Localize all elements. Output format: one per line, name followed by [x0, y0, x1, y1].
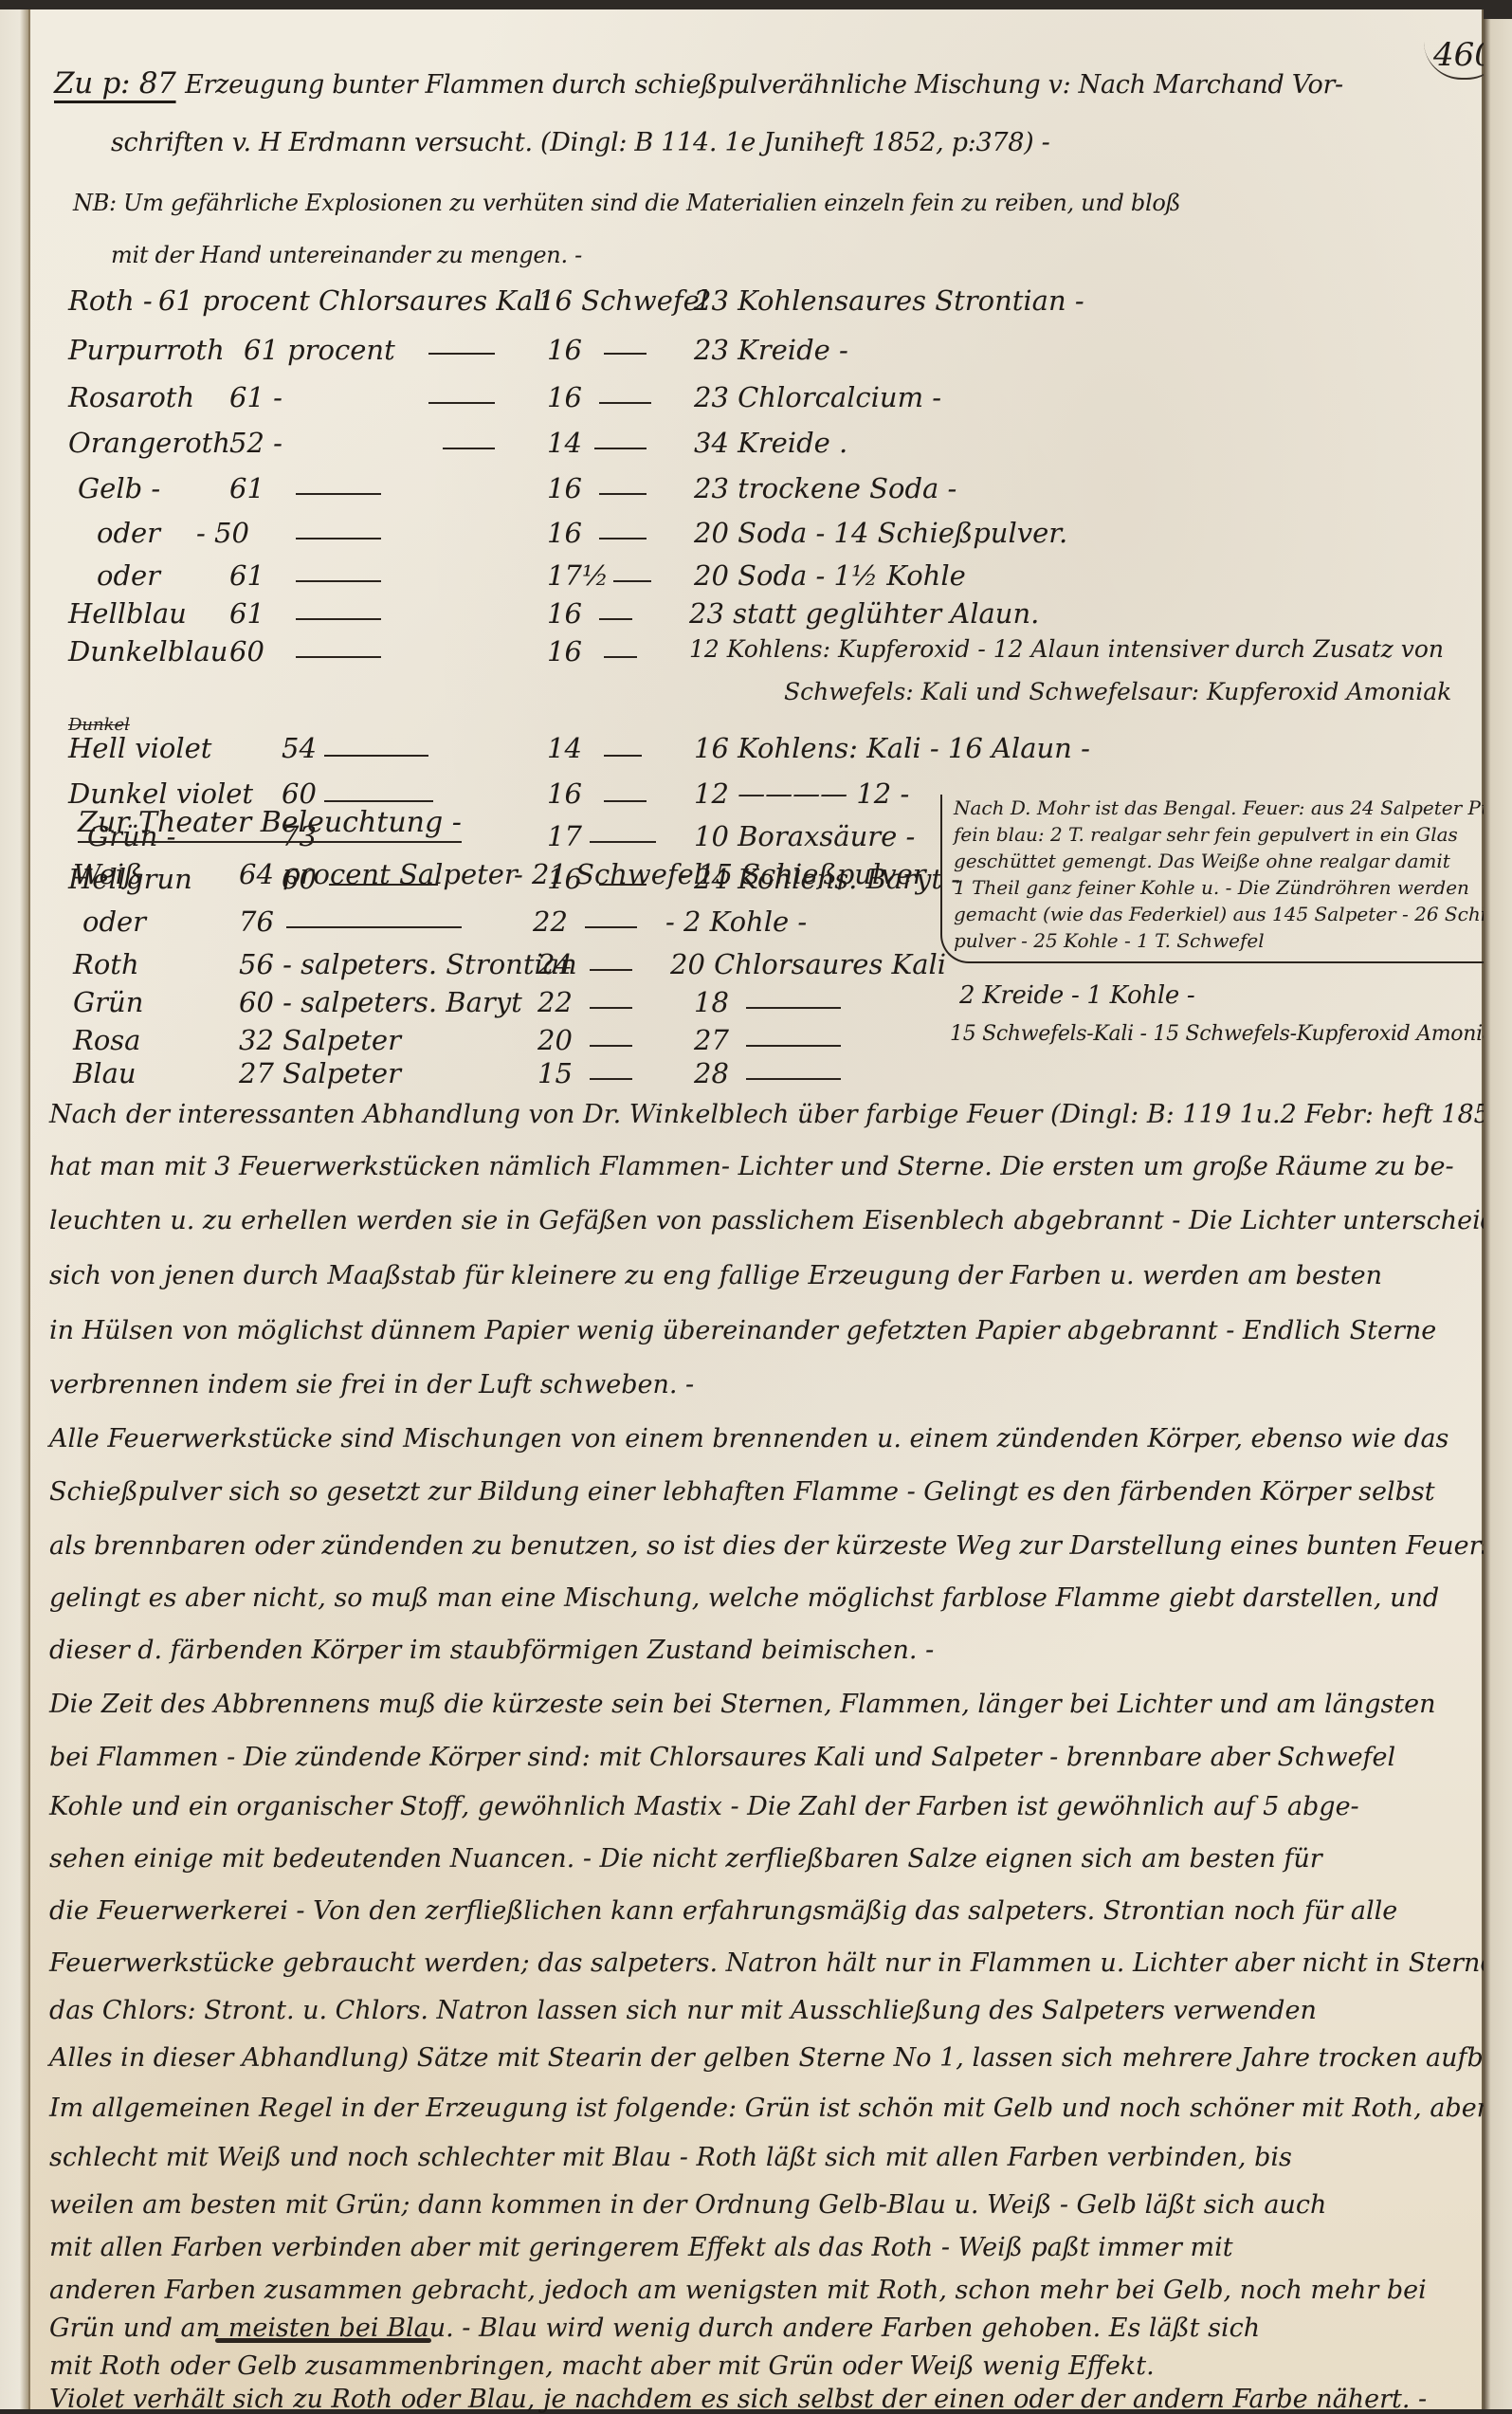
ditto-dash [590, 1045, 632, 1047]
heading-title: Erzeugung bunter Flammen durch schießpul… [185, 70, 1343, 100]
ditto-dash [296, 580, 381, 582]
theater-base: 56 - salpeters. Strontian [239, 948, 577, 980]
ditto-dash [604, 353, 647, 355]
nb-line-1: NB: Um gefährliche Explosionen zu verhüt… [73, 190, 1180, 216]
heading-line-2: schriften v. H Erdmann versucht. (Dingl:… [111, 128, 1049, 157]
recipe-row: Hellblau 61 16 23 statt geglühter Alaun. [68, 597, 1395, 639]
recipe-sulfur: 17½ [547, 559, 609, 592]
body-line: Nach der interessanten Abhandlung von Dr… [49, 1100, 1512, 1129]
closing-rule [215, 2338, 431, 2343]
ditto-dash [286, 926, 462, 928]
body-line: Violet verhält sich zu Roth oder Blau, j… [49, 2385, 1427, 2409]
note-line: 1 Theil ganz feiner Kohle u. - Die Zündr… [954, 874, 1504, 901]
theater-side-addition: 15 Schwefels-Kali - 15 Schwefels-Kupfero… [950, 1022, 1507, 1046]
theater-color: Grün [73, 986, 143, 1018]
theater-row: oder 76 22 - 2 Kohle - [73, 905, 945, 947]
previous-page-edge [0, 9, 28, 2409]
theater-row: Roth 56 - salpeters. Strontian 24 20 Chl… [73, 948, 945, 990]
theater-color: Rosa [73, 1024, 140, 1056]
recipe-additive: 20 Soda - 1½ Kohle [694, 559, 966, 592]
theater-sulfur: 22 [533, 905, 568, 938]
recipe-sulfur: 17 [547, 820, 582, 852]
ditto-dash [443, 448, 495, 449]
note-line: pulver - 25 Kohle - 1 T. Schwefel [954, 927, 1504, 954]
recipe-row: Dunkel Hell violet 54 14 16 Kohlens: Kal… [68, 732, 1395, 774]
theater-base: 64 procent Salpeter [239, 858, 518, 890]
recipe-color: Roth - [68, 284, 153, 317]
recipe-sulfur: 16 [547, 381, 582, 413]
ditto-dash [296, 656, 381, 658]
body-line: verbrennen indem sie frei in der Luft sc… [49, 1370, 694, 1399]
recipe-color: Orangeroth [68, 427, 230, 459]
recipe-base: 61 - [229, 381, 282, 413]
recipe-color: Dunkel violet [68, 777, 253, 810]
body-line: mit allen Farben verbinden aber mit geri… [49, 2233, 1233, 2262]
body-line: leuchten u. zu erhellen werden sie in Ge… [49, 1206, 1512, 1235]
recipe-color: Gelb - [78, 472, 160, 504]
body-line: bei Flammen - Die zündende Körper sind: … [49, 1743, 1395, 1772]
recipe-color: Dunkelblau [68, 635, 228, 668]
ditto-dash [590, 969, 632, 971]
ditto-dash [599, 538, 647, 539]
recipe-additive-continued: Schwefels: Kali und Schwefelsaur: Kupfer… [784, 678, 1451, 705]
recipe-row: Rosaroth 61 - 16 23 Chlorcalcium - [68, 381, 1395, 423]
theater-sulfur: 24 [537, 948, 573, 980]
recipe-additive: 12 Kohlens: Kupferoxid - 12 Alaun intens… [689, 635, 1444, 663]
ditto-dash [746, 1045, 841, 1047]
body-line: die Feuerwerkerei - Von den zerfließlich… [49, 1896, 1397, 1926]
ditto-dash [296, 618, 381, 620]
recipe-additive: 12 ———— 12 - [694, 777, 909, 810]
recipe-additive: 10 Boraxsäure - [694, 820, 915, 852]
margin-note-bengal-fire: Nach D. Mohr ist das Bengal. Feuer: aus … [940, 795, 1504, 963]
recipe-base: 60 [282, 777, 317, 810]
body-line: mit Roth oder Gelb zusammenbringen, mach… [49, 2351, 1155, 2381]
recipe-color: Purpurroth [68, 334, 225, 366]
heading-line-1: Zu p: 87 Erzeugung bunter Flammen durch … [54, 66, 1343, 101]
recipe-color: Rosaroth [68, 381, 194, 413]
body-line: Die Zeit des Abbrennens muß die kürzeste… [49, 1690, 1436, 1719]
body-line: Alle Feuerwerkstücke sind Mischungen von… [49, 1424, 1448, 1454]
body-line: gelingt es aber nicht, so muß man eine M… [49, 1583, 1439, 1613]
ditto-dash [746, 1007, 841, 1009]
body-line: schlecht mit Weiß und noch schlechter mi… [49, 2143, 1292, 2172]
theater-color: Roth [73, 948, 139, 980]
body-line: Schießpulver sich so gesetzt zur Bildung… [49, 1477, 1435, 1507]
recipe-sulfur: 16 [547, 517, 582, 549]
ditto-dash [590, 841, 656, 843]
recipe-additive: 20 Soda - 14 Schießpulver. [694, 517, 1067, 549]
body-line: Kohle und ein organischer Stoff, gewöhnl… [49, 1792, 1359, 1821]
ditto-dash [296, 538, 381, 539]
ditto-dash [599, 618, 632, 620]
recipe-sulfur: 16 [547, 597, 582, 630]
ditto-dash [599, 493, 647, 495]
theater-color: Blau [73, 1057, 137, 1089]
recipe-row: Dunkelblau 60 16 12 Kohlens: Kupferoxid … [68, 635, 1490, 677]
note-line: Nach D. Mohr ist das Bengal. Feuer: aus … [954, 795, 1504, 821]
recipe-row: Orangeroth 52 - 14 34 Kreide . [68, 427, 1395, 468]
theater-row: Weiß 64 procent Salpeter - 21 Schwefel -… [73, 858, 945, 900]
recipe-additive: 23 statt geglühter Alaun. [689, 597, 1039, 630]
recipe-sulfur: 14 [547, 427, 582, 459]
theater-sulfur: 15 [537, 1057, 573, 1089]
body-line: als brennbaren oder zündenden zu benutze… [49, 1531, 1503, 1561]
recipe-base: 61 [229, 597, 264, 630]
recipe-additive: 34 Kreide . [694, 427, 847, 459]
recipe-base: 61 [229, 472, 264, 504]
note-line: geschüttet gemengt. Das Weiße ohne realg… [954, 848, 1504, 874]
body-line: Feuerwerkstücke gebraucht werden; das sa… [49, 1948, 1512, 1978]
recipe-sulfur: 16 [547, 635, 582, 668]
note-line: fein blau: 2 T. realgar sehr fein gepulv… [954, 821, 1504, 848]
theater-sulfur: 22 [537, 986, 573, 1018]
theater-color: Weiß [73, 858, 142, 890]
reference-tag: Zu p: 87 [54, 66, 176, 101]
recipe-color: Hell violet [68, 732, 211, 764]
recipe-sulfur: 14 [547, 732, 582, 764]
recipe-color: Hellblau [68, 597, 187, 630]
recipe-row: oder - 50 16 20 Soda - 14 Schießpulver. [68, 517, 1395, 558]
ditto-dash [585, 926, 637, 928]
body-line: weilen am besten mit Grün; dann kommen i… [49, 2190, 1326, 2220]
recipe-color: oder [97, 517, 160, 549]
recipe-row: Gelb - 61 16 23 trockene Soda - [68, 472, 1395, 514]
recipe-base: - 50 [196, 517, 249, 549]
ditto-dash [428, 353, 495, 355]
recipe-base: 61 procent [244, 334, 395, 366]
note-line: gemacht (wie das Federkiel) aus 145 Salp… [954, 901, 1504, 927]
ditto-dash [604, 755, 642, 757]
recipe-color: oder [97, 559, 160, 592]
body-line: anderen Farben zusammen gebracht, jedoch… [49, 2276, 1427, 2305]
theater-base: 27 Salpeter [239, 1057, 401, 1089]
recipe-sulfur: 16 [547, 334, 582, 366]
recipe-row: Roth - 61 procent Chlorsaures Kali 16 Sc… [68, 284, 1395, 326]
ditto-dash [590, 1007, 632, 1009]
body-line: dieser d. färbenden Körper im staubförmi… [49, 1636, 934, 1665]
ditto-dash [428, 402, 495, 404]
recipe-row: oder 61 17½ 20 Soda - 1½ Kohle [68, 559, 1395, 601]
theater-base: 60 - salpeters. Baryt [239, 986, 522, 1018]
recipe-row: Schwefels: Kali und Schwefelsaur: Kupfer… [68, 678, 1490, 720]
theater-row: Blau 27 Salpeter 15 28 [73, 1057, 945, 1099]
body-line: Im allgemeinen Regel in der Erzeugung is… [49, 2094, 1489, 2123]
recipe-additive: 23 Kohlensaures Strontian - [694, 284, 1084, 317]
ditto-dash [604, 656, 637, 658]
recipe-sulfur: 16 [547, 777, 582, 810]
theater-additive: - 2 Kohle - [665, 905, 807, 938]
recipe-base: 61 procent Chlorsaures Kali [158, 284, 551, 317]
ditto-dash [594, 448, 647, 449]
ditto-dash [613, 580, 651, 582]
theater-additive: 27 [694, 1024, 729, 1056]
theater-base: 32 Salpeter [239, 1024, 401, 1056]
recipe-base: 52 - [229, 427, 282, 459]
theater-additive: 28 [694, 1057, 729, 1089]
theater-color: oder [82, 905, 146, 938]
body-line: sehen einige mit bedeutenden Nuancen. - … [49, 1844, 1322, 1874]
recipe-base: 54 [282, 732, 317, 764]
body-line: in Hülsen von möglichst dünnem Papier we… [49, 1316, 1436, 1345]
theater-side-addition: 2 Kreide - 1 Kohle - [959, 981, 1194, 1010]
recipe-additive: 23 Kreide - [694, 334, 848, 366]
ditto-dash [296, 493, 381, 495]
nb-line-2: mit der Hand untereinander zu mengen. - [111, 242, 582, 268]
recipe-additive: 23 trockene Soda - [694, 472, 956, 504]
body-line: hat man mit 3 Feuerwerkstücken nämlich F… [49, 1152, 1454, 1181]
recipe-sulfur: 16 Schwefel [537, 284, 708, 317]
theater-additive: - 15 Schießpulver [680, 858, 926, 890]
recipe-base: 60 [229, 635, 264, 668]
recipe-base: 61 [229, 559, 264, 592]
ditto-dash [604, 800, 647, 802]
theater-sulfur: - 21 Schwefel [514, 858, 702, 890]
body-line: sich von jenen durch Maaßstab für kleine… [49, 1261, 1382, 1290]
ditto-dash [746, 1078, 841, 1080]
recipe-additive: 16 Kohlens: Kali - 16 Alaun - [694, 732, 1090, 764]
theater-sulfur: 20 [537, 1024, 573, 1056]
theater-base: 76 [239, 905, 274, 938]
manuscript-page: 460 Zu p: 87 Erzeugung bunter Flammen du… [28, 9, 1484, 2409]
recipe-additive: 23 Chlorcalcium - [694, 381, 941, 413]
body-line: Alles in dieser Abhandlung) Sätze mit St… [49, 2043, 1512, 2073]
theater-row: Grün 60 - salpeters. Baryt 22 18 [73, 986, 945, 1028]
ditto-dash [324, 755, 428, 757]
ditto-dash [599, 402, 651, 404]
recipe-sulfur: 16 [547, 472, 582, 504]
next-page-edge [1484, 19, 1512, 2409]
ditto-dash [590, 1078, 632, 1080]
manuscript-scan: 460 Zu p: 87 Erzeugung bunter Flammen du… [0, 0, 1512, 2409]
body-line: das Chlors: Stront. u. Chlors. Natron la… [49, 1996, 1317, 2025]
ditto-dash [324, 800, 433, 802]
theater-additive: 18 [694, 986, 729, 1018]
theater-additive: 20 Chlorsaures Kali [670, 948, 946, 980]
theater-section-title: Zur Theater Beleuchtung - [78, 806, 462, 843]
recipe-row: Purpurroth 61 procent 16 23 Kreide - [68, 334, 1395, 375]
